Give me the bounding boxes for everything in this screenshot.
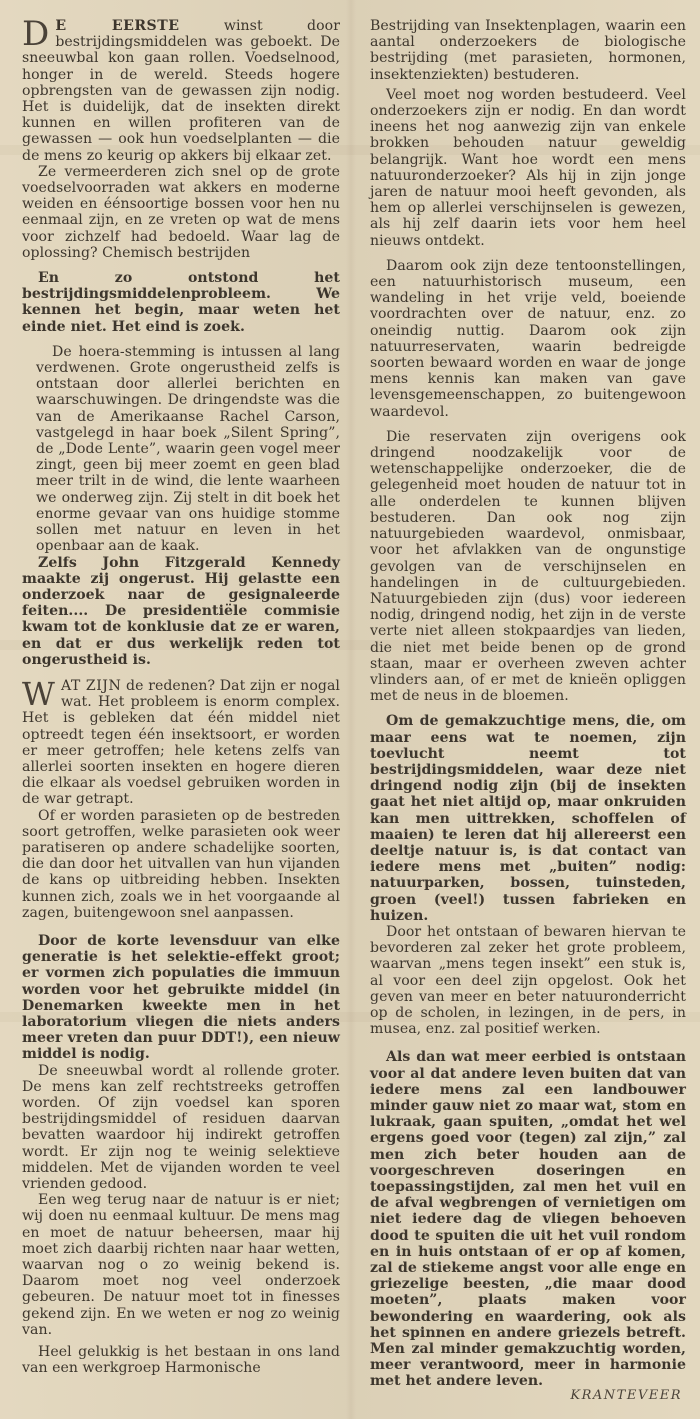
drop-cap: D: [22, 20, 49, 48]
paragraph: Ze vermeerderen zich snel op de grote vo…: [22, 164, 340, 261]
paragraph-text: de redenen? Dat zijn er nogal wat. Het p…: [22, 678, 340, 807]
paragraph: Door het ontstaan of bewaren hiervan te …: [370, 924, 686, 1037]
left-column: DE EERSTE winst door bestrijdingsmiddele…: [22, 18, 340, 1376]
paragraph: Om de gemakzuchtige mens, die, om maar e…: [370, 713, 686, 924]
author-signature: KRANTEVEER: [570, 1388, 682, 1403]
paragraph: De hoera-stemming is intussen al lang ve…: [22, 344, 340, 555]
paragraph: Daarom ook zijn deze tentoonstellingen, …: [370, 258, 686, 420]
lead-caps: AT ZIJN: [61, 678, 121, 694]
paragraph: WAT ZIJN de redenen? Dat zijn er nogal w…: [22, 678, 340, 808]
paragraph: De sneeuwbal wordt al rollende groter. D…: [22, 1063, 340, 1193]
paragraph: DE EERSTE winst door bestrijdingsmiddele…: [22, 18, 340, 164]
lead-caps: E EERSTE: [55, 18, 179, 34]
newspaper-clipping: DE EERSTE winst door bestrijdingsmiddele…: [0, 0, 700, 1419]
paragraph: Bestrijding van Insektenplagen, waarin e…: [370, 18, 686, 83]
paragraph: Een weg terug naar de natuur is er niet;…: [22, 1192, 340, 1338]
right-column: Bestrijding van Insektenplagen, waarin e…: [370, 18, 686, 1390]
paragraph: En zo ontstond het bestrijdingsmiddelenp…: [22, 270, 340, 335]
paragraph: Veel moet nog worden bestudeerd. Veel on…: [370, 87, 686, 249]
paragraph-text: winst door bestrijdingsmiddelen was gebo…: [22, 18, 340, 164]
paragraph: Als dan wat meer eerbied is ontstaan voo…: [370, 1049, 686, 1389]
paragraph: Zelfs John Fitzgerald Kennedy maakte zij…: [22, 555, 340, 668]
paragraph: Of er worden parasieten op de bestreden …: [22, 808, 340, 921]
drop-cap: W: [22, 680, 55, 708]
paragraph: Die reservaten zijn overigens ook dringe…: [370, 429, 686, 704]
paragraph: Door de korte levensduur van elke genera…: [22, 933, 340, 1063]
paragraph: Heel gelukkig is het bestaan in ons land…: [22, 1344, 340, 1376]
column-gutter: [346, 0, 356, 1419]
